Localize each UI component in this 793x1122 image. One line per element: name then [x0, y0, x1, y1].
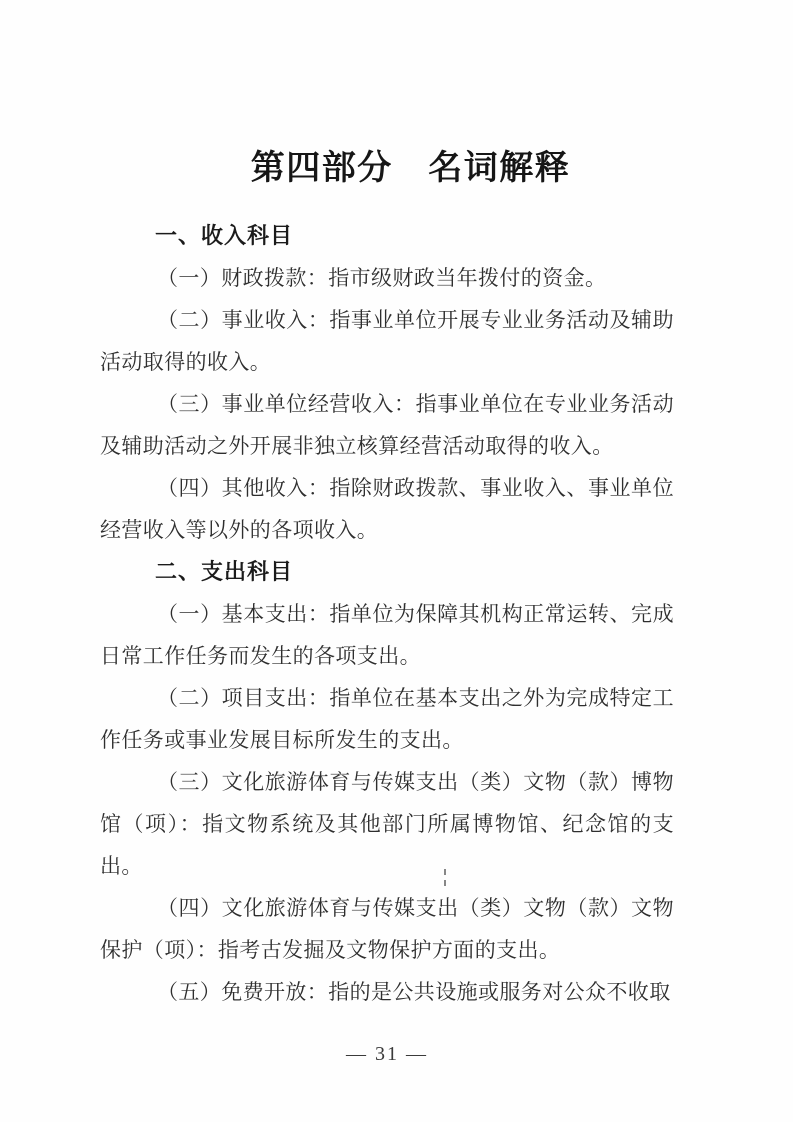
section-1-paragraph-1: （一）财政拨款：指市级财政当年拨付的资金。 — [100, 257, 674, 299]
section-2-paragraph-2: （二）项目支出：指单位在基本支出之外为完成特定工作任务或事业发展目标所发生的支出… — [100, 677, 674, 761]
section-2-paragraph-4: （四）文化旅游体育与传媒支出（类）文物（款）文物保护（项）：指考古发掘及文物保护… — [100, 887, 674, 971]
page-number: — 31 — — [100, 1043, 674, 1066]
section-1-paragraph-2: （二）事业收入：指事业单位开展专业业务活动及辅助活动取得的收入。 — [100, 299, 674, 383]
section-2-heading: 二、支出科目 — [100, 551, 674, 593]
section-2-paragraph-1: （一）基本支出：指单位为保障其机构正常运转、完成日常工作任务而发生的各项支出。 — [100, 593, 674, 677]
section-1-heading: 一、收入科目 — [100, 215, 674, 257]
document-body: 一、收入科目（一）财政拨款：指市级财政当年拨付的资金。（二）事业收入：指事业单位… — [100, 215, 674, 1013]
section-2-paragraph-3: （三）文化旅游体育与传媒支出（类）文物（款）博物馆（项）：指文物系统及其他部门所… — [100, 761, 674, 887]
document-page: 第四部分 名词解释 一、收入科目（一）财政拨款：指市级财政当年拨付的资金。（二）… — [0, 0, 793, 1122]
scan-artifact-mark — [444, 869, 446, 886]
document-title: 第四部分 名词解释 — [0, 140, 793, 189]
section-1-paragraph-3: （三）事业单位经营收入：指事业单位在专业业务活动及辅助活动之外开展非独立核算经营… — [100, 383, 674, 467]
section-1-paragraph-4: （四）其他收入：指除财政拨款、事业收入、事业单位经营收入等以外的各项收入。 — [100, 467, 674, 551]
section-2-paragraph-5: （五）免费开放：指的是公共设施或服务对公众不收取 — [100, 971, 674, 1013]
